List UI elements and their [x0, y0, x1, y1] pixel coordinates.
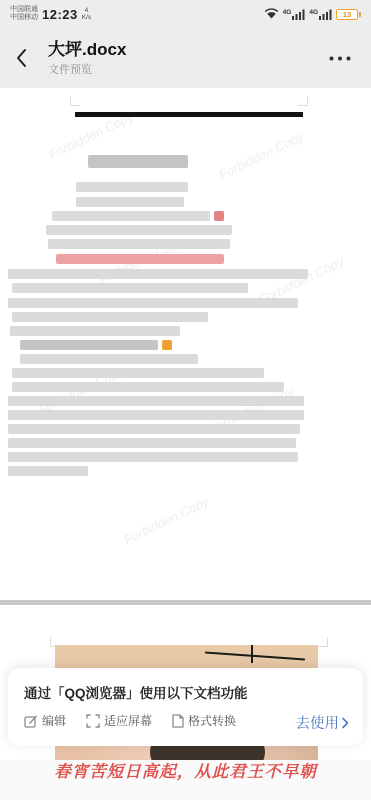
toolbar-title: 通过「QQ浏览器」使用以下文档功能 [24, 682, 349, 702]
chevron-left-icon [16, 48, 27, 68]
crop-mark [70, 96, 80, 106]
qq-browser-toolbar: 通过「QQ浏览器」使用以下文档功能 编辑 适应屏幕 格式转换 去使用 [8, 668, 363, 746]
go-use-button[interactable]: 去使用 [296, 712, 350, 733]
footer-poem-text: 春宵苦短日高起，从此君王不早朝 [0, 757, 371, 787]
status-left: 中国联通 中国移动 12:23 4 K/s [10, 6, 91, 22]
document-convert-icon [172, 714, 184, 728]
crop-mark [298, 96, 308, 106]
redacted-text-line [8, 410, 304, 420]
redacted-text-line [52, 211, 210, 221]
carrier-2: 中国移动 [10, 14, 38, 22]
redacted-text-line [56, 254, 224, 264]
curtain-rod-shape [205, 652, 305, 661]
go-use-label: 去使用 [296, 712, 340, 733]
copy-watermark: Forbidden Copy [121, 493, 211, 547]
doc-page-1: Forbidden CopyForbidden CopyForbidden Co… [0, 88, 371, 600]
page-subtitle: 文件预览 [48, 61, 325, 77]
status-bar: 中国联通 中国移动 12:23 4 K/s 4G 4G [0, 0, 371, 28]
network-speed: 4 K/s [82, 7, 91, 21]
title-bar: 大坪.docx 文件预览 [0, 28, 371, 88]
redacted-text-line [8, 298, 298, 308]
battery-percent: 13 [343, 10, 351, 19]
redacted-text-line [88, 155, 188, 168]
redacted-text-line [76, 197, 184, 207]
redacted-text-line [8, 269, 308, 279]
battery-icon: 13 [336, 9, 361, 20]
carrier-1: 中国联通 [10, 6, 38, 14]
redacted-text-line [8, 452, 298, 462]
feature-edit[interactable]: 编辑 [24, 712, 66, 729]
clock: 12:23 [42, 7, 78, 22]
redacted-text-line [8, 438, 296, 448]
signal-bars-2 [319, 9, 332, 20]
redacted-text-line [46, 225, 232, 235]
redacted-text-line [12, 382, 284, 392]
document-title-rule [75, 112, 303, 117]
copy-watermark: Forbidden Copy [216, 128, 306, 182]
back-button[interactable] [16, 43, 38, 73]
wifi-icon [264, 8, 279, 20]
redacted-text-line [8, 396, 304, 406]
redacted-text-line [20, 340, 158, 350]
redacted-text-line [10, 326, 180, 336]
title-block: 大坪.docx 文件预览 [48, 40, 325, 77]
redacted-text-line [214, 211, 224, 221]
feature-fit-screen[interactable]: 适应屏幕 [86, 712, 152, 729]
edit-pencil-icon [24, 714, 38, 728]
redacted-text-line [12, 368, 264, 378]
status-right: 4G 4G 13 [264, 8, 361, 20]
redacted-text-line [12, 283, 248, 293]
redacted-text-line [162, 340, 172, 350]
signal-icon-1: 4G [283, 9, 306, 20]
feature-fit-screen-label: 适应屏幕 [104, 712, 152, 729]
crop-mark [318, 637, 328, 647]
redacted-text-line [8, 424, 300, 434]
page-title: 大坪.docx [48, 40, 325, 60]
chevron-right-icon [341, 717, 349, 729]
signal-bars-1 [292, 9, 305, 20]
redacted-text-line [12, 312, 208, 322]
redacted-text-line [8, 466, 88, 476]
feature-edit-label: 编辑 [42, 712, 66, 729]
signal-icon-2: 4G [309, 9, 332, 20]
redacted-text-line [76, 182, 188, 192]
ellipsis-icon [329, 56, 351, 61]
curtain-rod-shape [251, 645, 253, 663]
redacted-text-line [48, 239, 230, 249]
carrier-labels: 中国联通 中国移动 [10, 6, 38, 22]
more-menu-button[interactable] [325, 43, 355, 73]
feature-format-convert[interactable]: 格式转换 [172, 712, 236, 729]
feature-format-convert-label: 格式转换 [188, 712, 236, 729]
fit-screen-icon [86, 714, 100, 728]
redacted-text-line [20, 354, 198, 364]
